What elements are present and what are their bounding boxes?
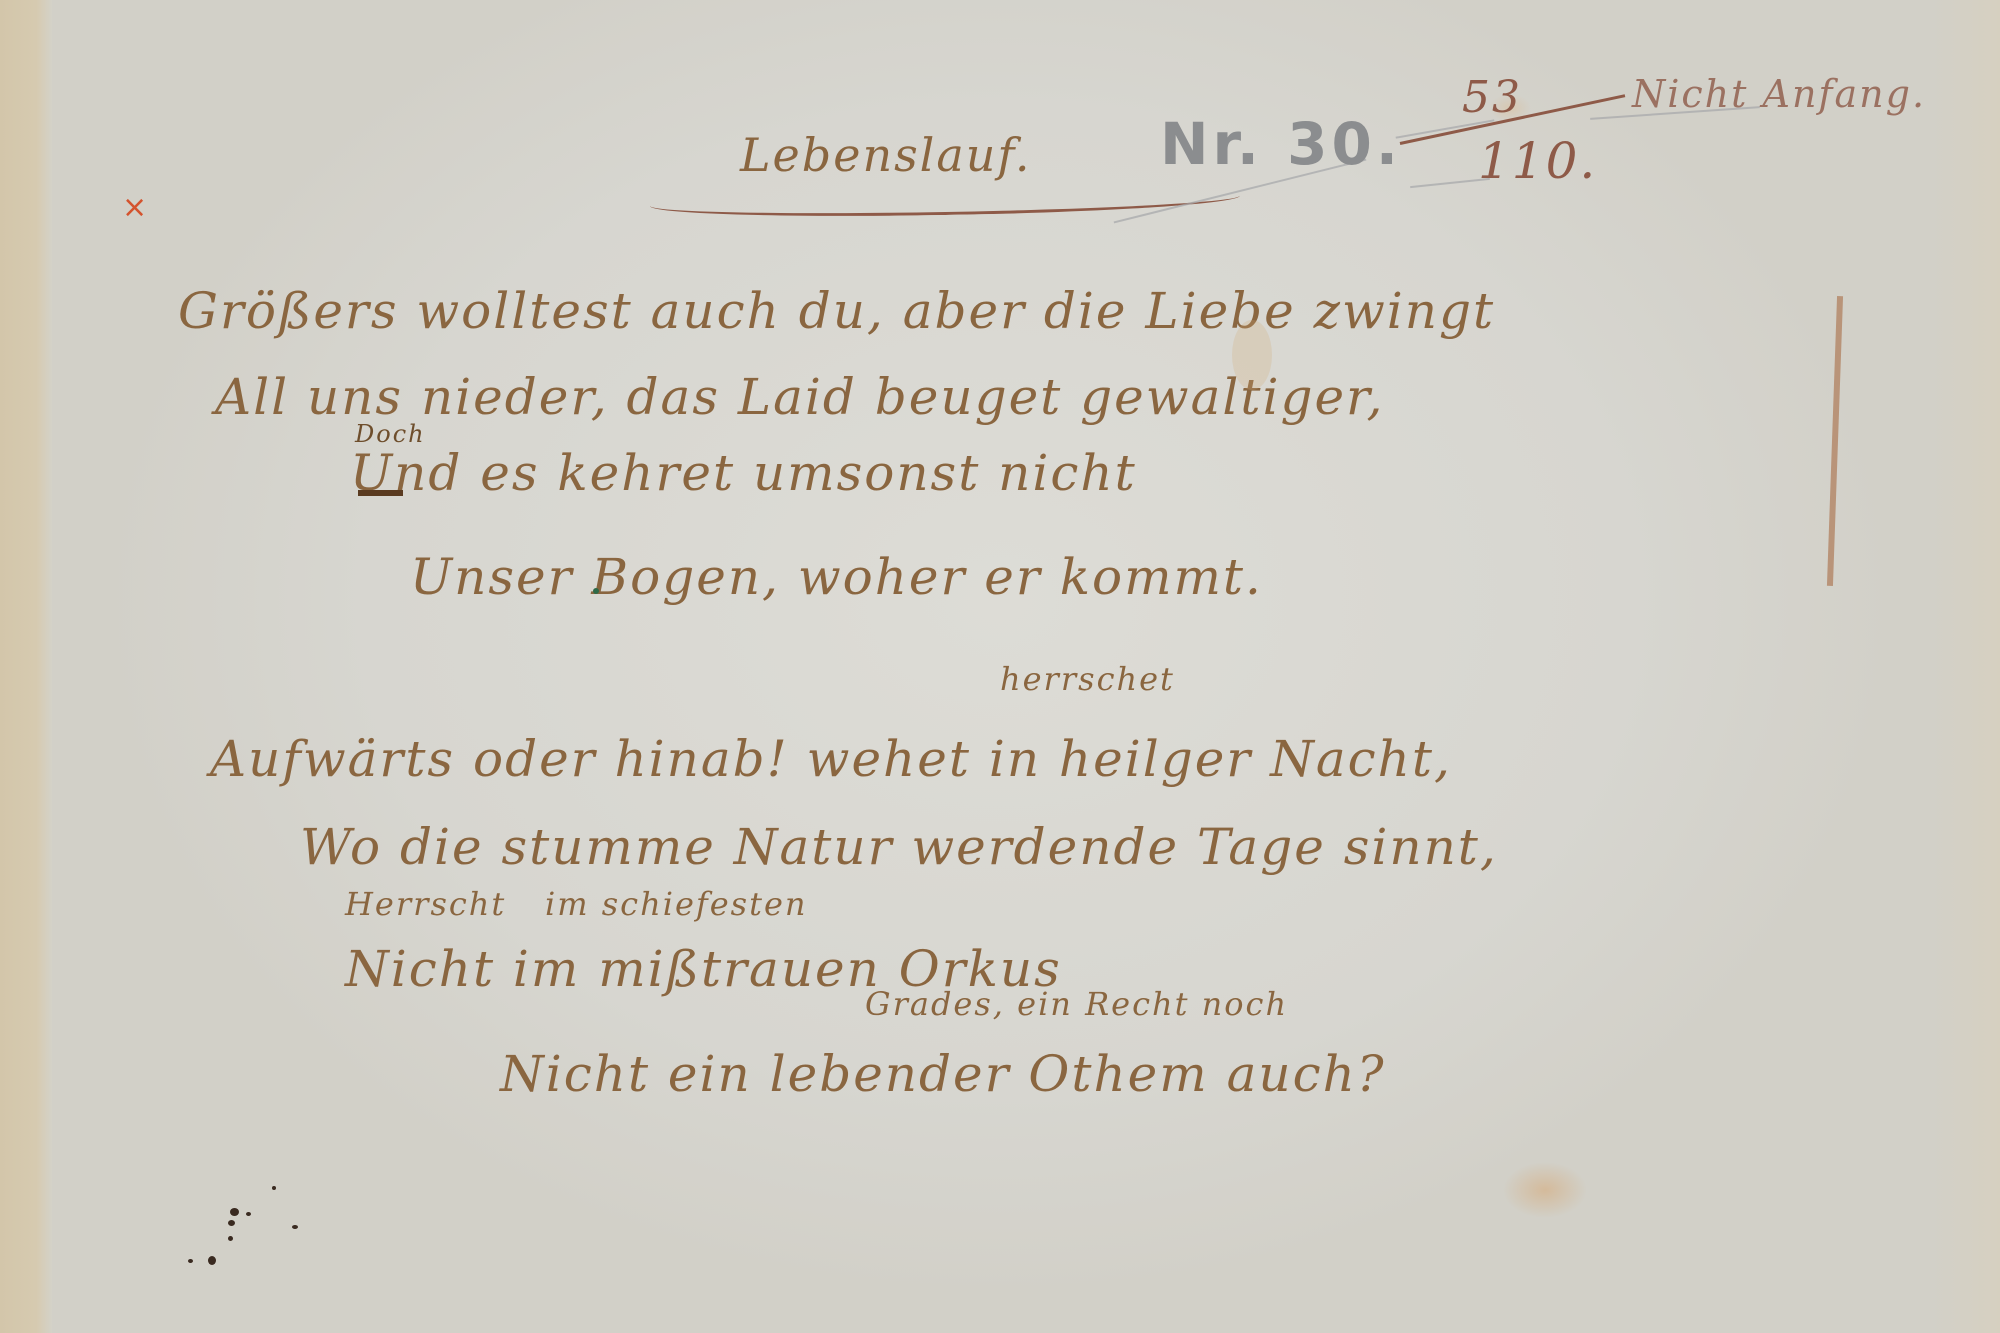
verse-line: Nicht ein lebender Othem auch? [500, 1045, 1386, 1103]
ink-spot [188, 1259, 193, 1263]
poem-title: Lebenslauf. [740, 128, 1031, 182]
verse-line: Wo die stumme Natur werdende Tage sinnt, [300, 818, 1498, 876]
verse-line: All uns nieder, das Laid beuget gewaltig… [215, 368, 1384, 426]
green-ink-spot [593, 588, 599, 594]
verse-line: Und es kehret umsonst nicht [350, 444, 1137, 502]
deletion-underline [358, 490, 403, 496]
title-underline [650, 193, 1240, 220]
ink-spot [230, 1208, 239, 1216]
verse-line: Größers wolltest auch du, aber die Liebe… [178, 282, 1495, 340]
verse-line: Unser Bogen, woher er kommt. [410, 548, 1263, 606]
verse-insertion: Herrscht [345, 885, 506, 923]
paper-aged-left-edge [0, 0, 52, 1333]
ink-spot [228, 1236, 233, 1241]
folio-denominator: 110. [1478, 132, 1597, 190]
red-cross-mark: × [122, 190, 147, 225]
verse-insertion: herrschet [1000, 660, 1175, 698]
pencil-archive-number: Nr. 30. [1160, 110, 1402, 178]
ink-spot [292, 1225, 298, 1229]
paper-aged-right-edge [1930, 0, 2000, 1333]
verse-insertion: Grades, ein Recht noch [865, 985, 1288, 1023]
verse-line: Aufwärts oder hinab! wehet in heilger Na… [210, 730, 1452, 788]
ink-spot [272, 1186, 276, 1190]
manuscript-page: × Lebenslauf. Nr. 30. 53 110. Nicht Anfa… [0, 0, 2000, 1333]
folio-numerator: 53 [1462, 72, 1522, 123]
ink-spot [228, 1220, 235, 1226]
margin-note: Nicht Anfang. [1632, 72, 1926, 116]
paper-stain [1232, 320, 1272, 390]
ink-spot [246, 1212, 251, 1216]
ink-spot [208, 1256, 216, 1265]
margin-vertical-line [1827, 296, 1843, 586]
verse-insertion: im schiefesten [545, 885, 807, 923]
